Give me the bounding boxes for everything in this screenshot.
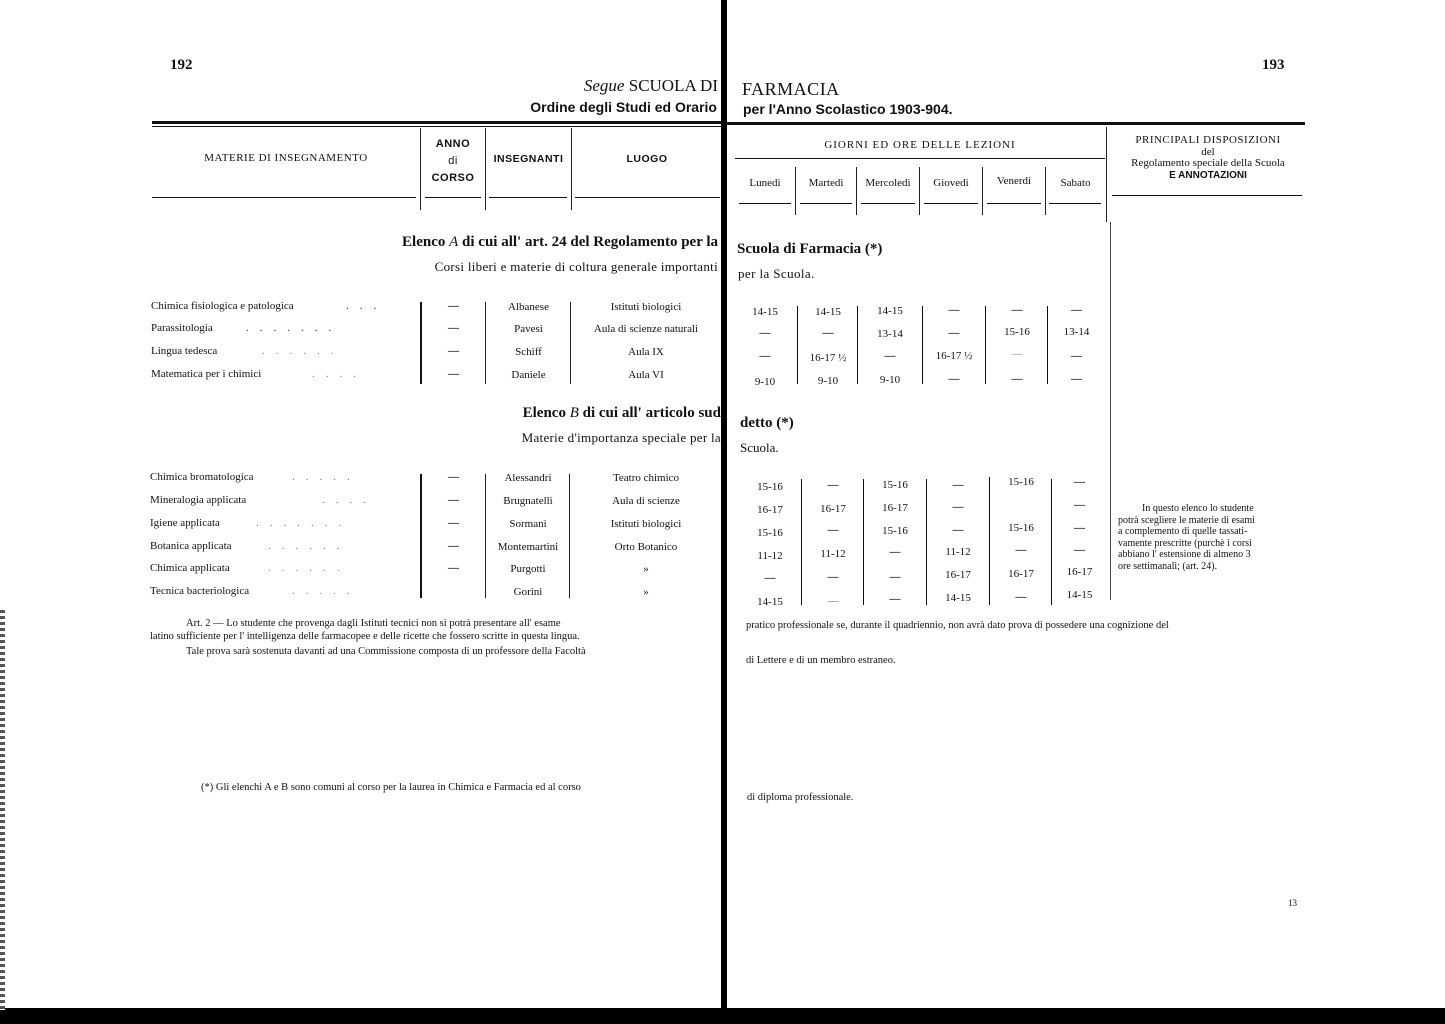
hour-cell: 14-15 xyxy=(735,306,795,318)
left-title-line1: Segue SCUOLA DI xyxy=(584,76,718,96)
table-row: Lingua tedesca xyxy=(151,345,217,357)
col-divider xyxy=(485,474,486,598)
leader-dots: ....... xyxy=(256,517,352,529)
luogo-cell: Istituti biologici xyxy=(571,518,721,530)
header-bottom-rule xyxy=(987,203,1041,204)
insegnante-cell: Albanese xyxy=(487,301,570,313)
insegnante-cell: Schiff xyxy=(487,346,570,358)
hour-cell: 16-17 xyxy=(927,569,989,581)
leader-dots: ..... xyxy=(292,471,361,483)
col-divider xyxy=(485,302,486,384)
col-divider xyxy=(863,479,864,605)
leader-dots: ...... xyxy=(268,540,351,552)
elenco-b-title-right: detto (*) xyxy=(740,415,794,432)
header-disp-3: Regolamento speciale della Scuola xyxy=(1108,158,1308,170)
elenco-b-title-left: Elenco B di cui all' articolo sud xyxy=(523,405,721,422)
annotation-block: In questo elenco lo studente potrà scegl… xyxy=(1118,503,1313,572)
header-bottom-rule xyxy=(861,203,915,204)
header-disp-1: PRINCIPALI DISPOSIZIONI xyxy=(1108,135,1308,147)
col-divider xyxy=(1045,167,1046,215)
elenco-b-subtitle-right: Scuola. xyxy=(740,440,779,456)
hour-cell: 14-15 xyxy=(798,306,858,318)
hour-cell: 16-17 ½ xyxy=(798,352,858,364)
table-row: Chimica fisiologica e patologica xyxy=(151,300,294,312)
elenco-a-subtitle: Corsi liberi e materie di coltura genera… xyxy=(435,259,718,275)
hour-cell: — xyxy=(927,524,989,536)
insegnante-cell: Brugnatelli xyxy=(487,495,569,507)
hour-cell: — xyxy=(1048,304,1105,316)
hour-cell: — xyxy=(864,571,926,583)
table-row: Matematica per i chimici xyxy=(151,368,261,380)
article-line-2: latino sufficiente per l' intelligenza d… xyxy=(150,631,580,643)
col-divider xyxy=(919,167,920,215)
hour-cell: 16-17 ½ xyxy=(923,350,985,362)
luogo-cell: Teatro chimico xyxy=(571,472,721,484)
header-mercoledi: Mercoledi xyxy=(857,177,919,189)
hour-cell: — xyxy=(1052,544,1107,556)
header-divider xyxy=(571,128,572,210)
hour-cell: 11-12 xyxy=(802,548,864,560)
luogo-cell: Aula VI xyxy=(572,369,720,381)
table-row: Igiene applicata xyxy=(150,517,220,529)
hour-cell: 15-16 xyxy=(864,525,926,537)
scan-bottom-edge xyxy=(0,1008,1445,1024)
col-divider xyxy=(926,479,927,605)
header-bottom-rule xyxy=(489,197,567,198)
hour-cell: 14-15 xyxy=(739,596,801,608)
hour-cell: 13-14 xyxy=(1048,326,1105,338)
hour-cell: — xyxy=(864,593,926,605)
hour-cell: 15-16 xyxy=(864,479,926,491)
elenco-a-hours-grid: 14-15 14-15 14-15 — — — — — 13-14 — 15-1… xyxy=(735,304,1105,388)
hour-cell: 9-10 xyxy=(859,374,921,386)
header-martedi: Martedi xyxy=(796,177,856,189)
elenco-b-title-rest: di cui all' articolo sud xyxy=(583,405,721,421)
anno-cell: — xyxy=(422,368,485,380)
article-line-3: Tale prova sarà sostenuta davanti ad una… xyxy=(186,646,586,658)
header-bottom-rule xyxy=(739,203,791,204)
table-row: Parassitologia xyxy=(151,322,213,334)
col-divider xyxy=(569,474,570,598)
hour-cell: — xyxy=(859,350,921,362)
elenco-b-hours-grid: 15-16 — 15-16 — 15-16 — 16-17 16-17 16-1… xyxy=(735,475,1107,610)
right-title-line2: per l'Anno Scolastico 1903-904. xyxy=(743,101,953,117)
hour-cell: 9-10 xyxy=(735,376,795,388)
header-bottom-rule xyxy=(800,203,852,204)
annotation-divider xyxy=(1110,222,1111,600)
hour-cell: 13-14 xyxy=(859,328,921,340)
header-giovedi: Giovedi xyxy=(920,177,982,189)
hour-cell: — xyxy=(923,304,985,316)
hour-cell: — xyxy=(1052,499,1107,511)
hour-cell: 16-17 xyxy=(990,568,1052,580)
header-divider xyxy=(485,128,486,210)
header-sabato: Sabato xyxy=(1046,177,1105,189)
col-divider xyxy=(570,302,571,384)
header-disposizioni: PRINCIPALI DISPOSIZIONI del Regolamento … xyxy=(1108,135,1308,181)
luogo-cell: Istituti biologici xyxy=(572,301,720,313)
hour-cell: — xyxy=(990,544,1052,556)
header-luogo: LUOGO xyxy=(572,153,722,165)
hour-cell: — xyxy=(798,327,858,339)
header-disp-rule xyxy=(1112,195,1302,196)
header-giorni-rule xyxy=(735,158,1105,159)
luogo-cell: Aula IX xyxy=(572,346,720,358)
materia-cell: Parassitologia xyxy=(151,322,213,334)
leader-dots: ... xyxy=(346,300,387,312)
left-page-number: 192 xyxy=(170,57,193,74)
anno-cell: — xyxy=(422,471,485,483)
leader-dots: ..... xyxy=(292,585,361,597)
materia-cell: Chimica bromatologica xyxy=(150,471,254,483)
elenco-b-subtitle: Materie d'importanza speciale per la xyxy=(522,430,721,446)
col-divider xyxy=(1051,479,1052,605)
scan-left-edge xyxy=(0,610,5,1010)
header-venerdi: Venerdi xyxy=(983,175,1045,187)
segue-label: Segue xyxy=(584,76,625,95)
luogo-cell: » xyxy=(571,563,721,575)
luogo-cell: Aula di scienze xyxy=(571,495,721,507)
elenco-a-title-rest: di cui all' art. 24 del Regolamento per … xyxy=(462,234,718,250)
anno-cell: — xyxy=(422,300,485,312)
hour-cell: — xyxy=(927,479,989,491)
header-bottom-rule xyxy=(575,197,720,198)
hour-cell: — xyxy=(735,350,795,362)
insegnante-cell: Sormani xyxy=(487,518,569,530)
anno-cell: — xyxy=(422,562,485,574)
col-divider xyxy=(795,167,796,215)
anno-cell: — xyxy=(422,322,485,334)
hour-cell: 14-15 xyxy=(1052,589,1107,601)
article-line-right-1: pratico professionale se, durante il qua… xyxy=(746,620,1169,632)
hour-cell: 15-16 xyxy=(990,476,1052,488)
hour-cell: 15-16 xyxy=(986,326,1048,338)
elenco-a-title-left: Elenco A di cui all' art. 24 del Regolam… xyxy=(402,234,718,251)
insegnante-cell: Pavesi xyxy=(487,323,570,335)
table-row: Botanica applicata xyxy=(150,540,232,552)
hour-cell: — xyxy=(802,479,864,491)
elenco-label: Elenco xyxy=(402,234,445,250)
hour-cell: — xyxy=(1048,350,1105,362)
leader-dots: ...... xyxy=(268,562,351,574)
hour-cell: 11-12 xyxy=(739,550,801,562)
hour-cell: — xyxy=(802,595,864,607)
anno-cell: — xyxy=(422,540,485,552)
hour-cell: 16-17 xyxy=(739,504,801,516)
materia-cell: Lingua tedesca xyxy=(151,345,217,357)
col-divider xyxy=(989,477,990,605)
annotation-line: potrà scegliere le materie di esami xyxy=(1118,515,1313,527)
elenco-letter: A xyxy=(449,234,458,250)
hour-cell: 16-17 xyxy=(864,502,926,514)
header-giorni: GIORNI ED ORE DELLE LEZIONI xyxy=(735,139,1105,151)
insegnante-cell: Purgotti xyxy=(487,563,569,575)
article-line-right-2: di Lettere e di un membro estraneo. xyxy=(746,655,896,667)
insegnante-cell: Montemartini xyxy=(487,541,569,553)
header-bottom-rule xyxy=(924,203,978,204)
luogo-cell: Aula di scienze naturali xyxy=(572,323,720,335)
right-page-number: 193 xyxy=(1262,57,1285,74)
hour-cell: — xyxy=(739,572,801,584)
materia-cell: Tecnica bacteriologica xyxy=(150,585,249,597)
luogo-cell: » xyxy=(571,586,721,598)
header-anno-2: di xyxy=(421,153,485,170)
hour-cell: 14-15 xyxy=(859,305,921,317)
scuola-di-label: SCUOLA DI xyxy=(629,76,718,95)
hour-cell: — xyxy=(735,327,795,339)
header-anno-1: ANNO xyxy=(421,136,485,153)
header-lunedi: Lunedi xyxy=(735,177,795,189)
col-divider xyxy=(420,474,422,598)
header-bottom-rule xyxy=(425,197,481,198)
insegnante-cell: Gorini xyxy=(487,586,569,598)
table-row: Chimica bromatologica xyxy=(150,471,254,483)
left-header-top-rule xyxy=(152,121,722,124)
header-anno-3: CORSO xyxy=(421,170,485,187)
anno-cell: — xyxy=(422,517,485,529)
annotation-line: vamente prescritte (purchè i corsi xyxy=(1118,538,1313,550)
materia-cell: Matematica per i chimici xyxy=(151,368,261,380)
footnote-right: di diploma professionale. xyxy=(747,792,853,803)
right-header-top-rule xyxy=(727,122,1305,125)
table-row: Tecnica bacteriologica xyxy=(150,585,249,597)
leader-dots: ...... xyxy=(262,345,345,357)
hour-cell: — xyxy=(802,571,864,583)
annotation-line: a complemento di quelle tassati- xyxy=(1118,526,1313,538)
leader-dots: .... xyxy=(322,494,377,506)
hour-cell: — xyxy=(1048,373,1105,385)
col-divider xyxy=(856,167,857,215)
col-divider xyxy=(801,479,802,605)
header-anno: ANNO di CORSO xyxy=(421,136,485,187)
annotation-line: abbiano l' estensione di almeno 3 xyxy=(1118,549,1313,561)
hour-cell: 15-16 xyxy=(990,522,1052,534)
elenco-a-title-right: Scuola di Farmacia (*) xyxy=(737,241,882,258)
header-divider xyxy=(1106,127,1107,222)
materia-cell: Mineralogia applicata xyxy=(150,494,246,506)
article-line-1: Art. 2 — Lo studente che provenga dagli … xyxy=(186,618,561,630)
elenco-a-subtitle-right: per la Scuola. xyxy=(738,266,815,282)
hour-cell: 14-15 xyxy=(927,592,989,604)
header-insegnanti: INSEGNANTI xyxy=(486,153,571,165)
signature-mark: 13 xyxy=(1288,898,1297,908)
hour-cell: 9-10 xyxy=(798,375,858,387)
right-title-line1: FARMACIA xyxy=(742,79,840,100)
hour-cell: — xyxy=(864,546,926,558)
hour-cell: — xyxy=(986,373,1048,385)
left-header-top-rule-thin xyxy=(152,126,722,127)
materia-cell: Chimica fisiologica e patologica xyxy=(151,300,294,312)
hour-cell: — xyxy=(927,501,989,513)
table-row: Mineralogia applicata xyxy=(150,494,246,506)
header-disp-4: E ANNOTAZIONI xyxy=(1108,170,1308,182)
annotation-line: In questo elenco lo studente xyxy=(1118,503,1313,515)
luogo-cell: Orto Botanico xyxy=(571,541,721,553)
header-bottom-rule xyxy=(152,197,416,198)
header-bottom-rule xyxy=(1049,203,1101,204)
hour-cell: — xyxy=(986,348,1048,360)
hour-cell: — xyxy=(802,524,864,536)
days-header-row: Lunedi Martedi Mercoledi Giovedi Venerdi… xyxy=(735,163,1105,215)
materia-cell: Botanica applicata xyxy=(150,540,232,552)
hour-cell: — xyxy=(1052,476,1107,488)
leader-dots: ....... xyxy=(246,322,342,334)
anno-cell: — xyxy=(422,345,485,357)
hour-cell: 15-16 xyxy=(739,481,801,493)
elenco-letter: B xyxy=(570,405,579,421)
hour-cell: — xyxy=(1052,522,1107,534)
annotation-line: ore settimanali; (art. 24). xyxy=(1118,561,1313,573)
hour-cell: — xyxy=(990,591,1052,603)
left-title-line2: Ordine degli Studi ed Orario xyxy=(530,99,717,115)
elenco-label: Elenco xyxy=(523,405,566,421)
hour-cell: 16-17 xyxy=(802,503,864,515)
insegnante-cell: Alessandri xyxy=(487,472,569,484)
header-materie: MATERIE DI INSEGNAMENTO xyxy=(152,152,420,164)
anno-cell: — xyxy=(422,494,485,506)
materia-cell: Igiene applicata xyxy=(150,517,220,529)
materia-cell: Chimica applicata xyxy=(150,562,230,574)
footnote-left: (*) Gli elenchi A e B sono comuni al cor… xyxy=(201,782,581,793)
hour-cell: — xyxy=(923,373,985,385)
hour-cell: 16-17 xyxy=(1052,566,1107,578)
hour-cell: 15-16 xyxy=(739,527,801,539)
insegnante-cell: Daniele xyxy=(487,369,570,381)
hour-cell: — xyxy=(986,304,1048,316)
hour-cell: — xyxy=(923,327,985,339)
hour-cell: 11-12 xyxy=(927,546,989,558)
table-row: Chimica applicata xyxy=(150,562,230,574)
leader-dots: .... xyxy=(312,368,367,380)
